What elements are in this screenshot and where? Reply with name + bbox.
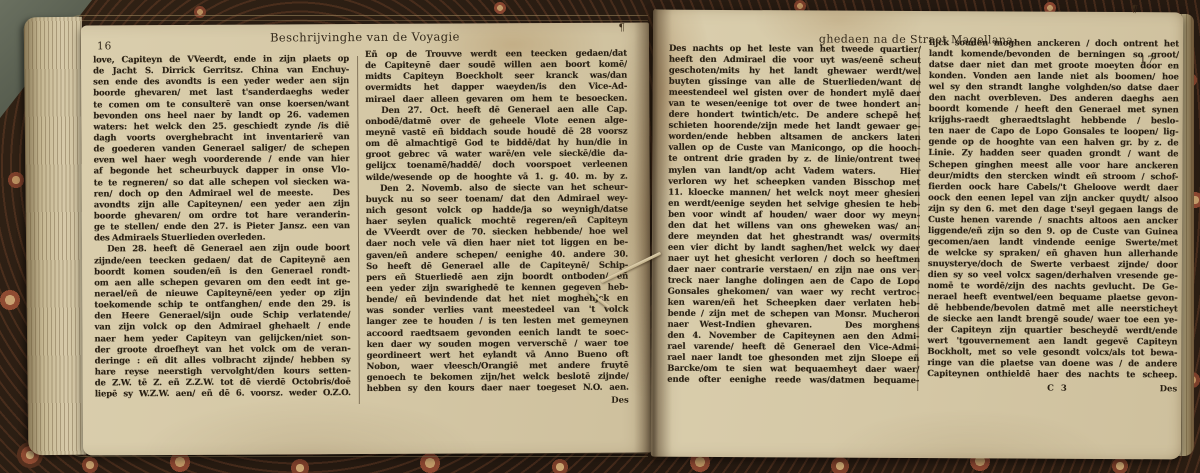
text-line: wilde/wesende op de hooghte vā 1. g. 40.… — [366, 171, 628, 184]
text-line: gaven/eñ andere schepen/ eenighe 40. and… — [366, 249, 628, 262]
text-line: Schepen ginghen meest alle voor hare anc… — [928, 160, 1178, 172]
pilcrow-icon: ¶ — [618, 23, 624, 34]
catchword: Des — [367, 396, 629, 407]
text-line: te comen om te consulterē van onse koers… — [93, 99, 349, 111]
text-line: deur/midts den stercken windt eñ stroom … — [928, 171, 1178, 183]
text-line: zijnde/een teecken gedaen/ dat de Capite… — [94, 255, 350, 267]
column-lines: lijck souden moghen anckeren / doch ontr… — [927, 38, 1179, 382]
text-line: Capiteynen onthieldē haer des nachts te … — [927, 369, 1177, 381]
text-line: accoord raedtsaem gevonden eenich landt … — [366, 327, 628, 340]
text-line: Den 28. heeft dē Generael aen zijn oude … — [94, 243, 350, 255]
text-line: Linie. Zy hadden seer quaden grondt / wa… — [928, 149, 1178, 161]
text-line: en werdt/eenige seyden het selvige ghesi… — [668, 198, 920, 210]
right-page-column-2: lijck souden moghen anckeren / doch ontr… — [927, 38, 1179, 395]
left-page: 16 Beschrijvinghe van de Voyagie ¶ love,… — [81, 23, 651, 456]
text-line: overmidts het dapper waeyden/is den Vice… — [365, 82, 627, 95]
text-line: te ontrent drie graden by z. de linie/on… — [668, 154, 920, 166]
text-line: gelijcx toenamē/haddē/ doch voorspoet ve… — [366, 160, 628, 173]
text-line: langer zee te houden / is ten lesten met… — [366, 316, 628, 329]
right-page: ghedaen na de Straet Magellana. 17 Des n… — [651, 10, 1183, 460]
text-line: fierden oock hare Cabels/'t Gheloove wer… — [928, 182, 1178, 194]
text-line: hebben sy den kours daer naer toegeset N… — [367, 383, 629, 396]
signature-row: C 3 Des — [927, 384, 1177, 395]
text-line: ende ofter eenighe reede was/datmen bequ… — [667, 375, 919, 387]
text-line: te te regneren/ so dat alle schepen vol … — [94, 177, 350, 189]
left-page-column-1: love, Capiteyn de VVeerdt, ende in zijn … — [93, 54, 351, 401]
left-page-column-2: Eñ op de Trouvve werdt een teecken gedae… — [365, 49, 629, 408]
catchword: Des — [1160, 385, 1178, 395]
text-line: ge te stellen/ ende den 27. is Pieter Ja… — [94, 221, 350, 233]
text-line: oock den eenen lepel van zijn ancker quy… — [928, 193, 1178, 205]
text-line: mylen van landt/op acht Vadem waters. Hi… — [668, 165, 920, 177]
open-book-photo: 16 Beschrijvinghe van de Voyagie ¶ love,… — [0, 0, 1200, 473]
column-lines: Eñ op de Trouvve werdt een teecken gedae… — [365, 49, 629, 396]
text-line: liepē sy W.Z.W. aen/ eñ dē 6. voorsz. we… — [95, 388, 351, 400]
left-page-header: Beschrijvinghe van de Voyagie — [81, 29, 649, 46]
page-stack-fore-edge-left — [24, 17, 87, 456]
text-line: 11. kloecke mannen/ het welck noyt meer … — [668, 187, 920, 199]
signature-mark: C 3 — [1047, 384, 1069, 394]
text-line: daer noch vele vā dien haer niet tot lig… — [366, 238, 628, 251]
text-line: af begonde het scheurbuyck dapper in ons… — [94, 165, 350, 177]
column-divider — [357, 56, 360, 404]
text-line: boorde ghevaren/ met last t'sanderdaeghs… — [93, 88, 349, 100]
text-line: van zijn volck op den Admirael ghehaelt … — [94, 321, 350, 333]
text-line: mirael daer alleen gevaren om hem te bes… — [365, 93, 627, 106]
text-line: verloren wy het scheepken vanden Bisscho… — [668, 176, 920, 188]
text-line: naer hem yeder Capiteyn van gelijcken/ni… — [94, 333, 350, 345]
right-page-column-1: Des nachts op het leste van het tweede q… — [667, 44, 921, 388]
